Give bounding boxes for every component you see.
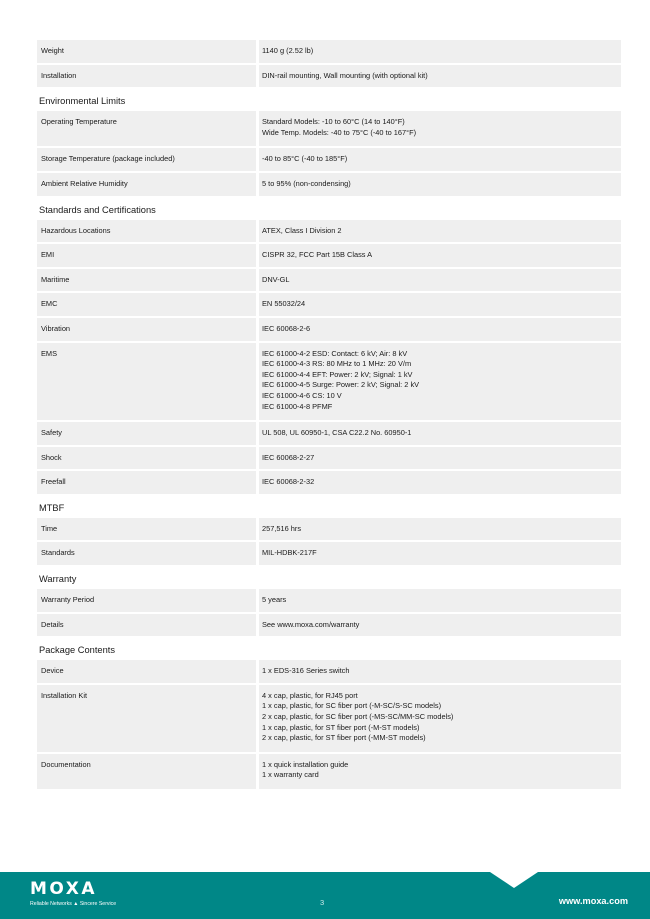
- spec-label: EMI: [37, 244, 256, 267]
- spec-value-line: 1 x EDS-316 Series switch: [262, 666, 621, 677]
- spec-value: DNV-GL: [259, 269, 621, 292]
- spec-row: Ambient Relative Humidity5 to 95% (non-c…: [37, 173, 621, 196]
- spec-label: Hazardous Locations: [37, 220, 256, 243]
- page-number: 3: [320, 898, 324, 907]
- spec-value-line: IEC 60068-2-6: [262, 324, 621, 335]
- spec-value-line: UL 508, UL 60950-1, CSA C22.2 No. 60950-…: [262, 428, 621, 439]
- spec-value: 5 to 95% (non-condensing): [259, 173, 621, 196]
- spec-label: Operating Temperature: [37, 111, 256, 146]
- spec-label: Weight: [37, 40, 256, 63]
- spec-row: Storage Temperature (package included)-4…: [37, 148, 621, 171]
- spec-value: 4 x cap, plastic, for RJ45 port1 x cap, …: [259, 685, 621, 752]
- spec-value-line: 2 x cap, plastic, for SC fiber port (-MS…: [262, 712, 621, 723]
- spec-value: 1 x EDS-316 Series switch: [259, 660, 621, 683]
- spec-value-line: -40 to 85°C (-40 to 185°F): [262, 154, 621, 165]
- spec-row: InstallationDIN-rail mounting, Wall moun…: [37, 65, 621, 88]
- spec-value: IEC 60068-2-27: [259, 447, 621, 470]
- spec-label: EMC: [37, 293, 256, 316]
- spec-value: IEC 61000-4-2 ESD: Contact: 6 kV; Air: 8…: [259, 343, 621, 421]
- spec-value-line: 4 x cap, plastic, for RJ45 port: [262, 691, 621, 702]
- spec-label: Installation Kit: [37, 685, 256, 752]
- spec-value-line: See www.moxa.com/warranty: [262, 620, 621, 631]
- spec-row: MaritimeDNV-GL: [37, 269, 621, 292]
- spec-value: 5 years: [259, 589, 621, 612]
- spec-value-line: 257,516 hrs: [262, 524, 621, 535]
- spec-label: Storage Temperature (package included): [37, 148, 256, 171]
- spec-row: FreefallIEC 60068-2-32: [37, 471, 621, 494]
- spec-label: Installation: [37, 65, 256, 88]
- spec-value-line: IEC 61000-4-5 Surge: Power: 2 kV; Signal…: [262, 380, 621, 391]
- spec-value-line: IEC 61000-4-2 ESD: Contact: 6 kV; Air: 8…: [262, 349, 621, 360]
- section-heading: Standards and Certifications: [37, 198, 621, 220]
- spec-value: IEC 60068-2-32: [259, 471, 621, 494]
- spec-row: ShockIEC 60068-2-27: [37, 447, 621, 470]
- spec-label: Documentation: [37, 754, 256, 789]
- spec-row: SafetyUL 508, UL 60950-1, CSA C22.2 No. …: [37, 422, 621, 445]
- spec-value: 1140 g (2.52 lb): [259, 40, 621, 63]
- spec-table: Weight1140 g (2.52 lb)InstallationDIN-ra…: [37, 40, 621, 791]
- spec-value: ATEX, Class I Division 2: [259, 220, 621, 243]
- section-heading: MTBF: [37, 496, 621, 518]
- spec-row: Device1 x EDS-316 Series switch: [37, 660, 621, 683]
- spec-row: Installation Kit4 x cap, plastic, for RJ…: [37, 685, 621, 752]
- spec-value: 257,516 hrs: [259, 518, 621, 541]
- spec-value-line: DNV-GL: [262, 275, 621, 286]
- spec-value: EN 55032/24: [259, 293, 621, 316]
- spec-row: Time257,516 hrs: [37, 518, 621, 541]
- spec-value-line: 1140 g (2.52 lb): [262, 46, 621, 57]
- spec-row: Hazardous LocationsATEX, Class I Divisio…: [37, 220, 621, 243]
- spec-row: Weight1140 g (2.52 lb): [37, 40, 621, 63]
- spec-value-line: MIL-HDBK-217F: [262, 548, 621, 559]
- spec-value-line: 5 years: [262, 595, 621, 606]
- spec-value-line: IEC 61000-4-4 EFT: Power: 2 kV; Signal: …: [262, 370, 621, 381]
- spec-value-line: DIN-rail mounting, Wall mounting (with o…: [262, 71, 621, 82]
- spec-row: EMICISPR 32, FCC Part 15B Class A: [37, 244, 621, 267]
- spec-value-line: ATEX, Class I Division 2: [262, 226, 621, 237]
- spec-label: Ambient Relative Humidity: [37, 173, 256, 196]
- spec-row: StandardsMIL-HDBK-217F: [37, 542, 621, 565]
- spec-value-line: IEC 61000-4-8 PFMF: [262, 402, 621, 413]
- spec-label: Standards: [37, 542, 256, 565]
- spec-value: See www.moxa.com/warranty: [259, 614, 621, 637]
- spec-value: Standard Models: -10 to 60°C (14 to 140°…: [259, 111, 621, 146]
- spec-row: EMCEN 55032/24: [37, 293, 621, 316]
- spec-value-line: CISPR 32, FCC Part 15B Class A: [262, 250, 621, 261]
- spec-value: CISPR 32, FCC Part 15B Class A: [259, 244, 621, 267]
- spec-label: Details: [37, 614, 256, 637]
- section-heading: Warranty: [37, 567, 621, 589]
- spec-value: MIL-HDBK-217F: [259, 542, 621, 565]
- spec-label: Shock: [37, 447, 256, 470]
- moxa-logo: MOXA Reliable Networks ▲ Sincere Service: [30, 881, 150, 911]
- spec-value: -40 to 85°C (-40 to 185°F): [259, 148, 621, 171]
- spec-row: DetailsSee www.moxa.com/warranty: [37, 614, 621, 637]
- spec-value-line: 2 x cap, plastic, for ST fiber port (-MM…: [262, 733, 621, 744]
- spec-value-line: 5 to 95% (non-condensing): [262, 179, 621, 190]
- logo-wordmark: MOXA: [30, 881, 150, 898]
- spec-value-line: 1 x cap, plastic, for ST fiber port (-M-…: [262, 723, 621, 734]
- spec-value-line: IEC 60068-2-32: [262, 477, 621, 488]
- spec-row: Operating TemperatureStandard Models: -1…: [37, 111, 621, 146]
- spec-label: Maritime: [37, 269, 256, 292]
- spec-row: Documentation1 x quick installation guid…: [37, 754, 621, 789]
- spec-value-line: EN 55032/24: [262, 299, 621, 310]
- spec-value: UL 508, UL 60950-1, CSA C22.2 No. 60950-…: [259, 422, 621, 445]
- spec-label: EMS: [37, 343, 256, 421]
- spec-value: 1 x quick installation guide1 x warranty…: [259, 754, 621, 789]
- spec-value: IEC 60068-2-6: [259, 318, 621, 341]
- footer-notch-decoration: [490, 872, 538, 888]
- spec-label: Device: [37, 660, 256, 683]
- spec-value-line: IEC 61000-4-3 RS: 80 MHz to 1 MHz: 20 V/…: [262, 359, 621, 370]
- spec-value-line: Standard Models: -10 to 60°C (14 to 140°…: [262, 117, 621, 128]
- spec-value-line: Wide Temp. Models: -40 to 75°C (-40 to 1…: [262, 128, 621, 139]
- section-heading: Environmental Limits: [37, 89, 621, 111]
- spec-value-line: 1 x quick installation guide: [262, 760, 621, 771]
- spec-label: Vibration: [37, 318, 256, 341]
- spec-value-line: 1 x cap, plastic, for SC fiber port (-M-…: [262, 701, 621, 712]
- spec-value-line: 1 x warranty card: [262, 770, 621, 781]
- website-link[interactable]: www.moxa.com: [559, 896, 628, 906]
- spec-value-line: IEC 60068-2-27: [262, 453, 621, 464]
- spec-label: Time: [37, 518, 256, 541]
- spec-row: EMSIEC 61000-4-2 ESD: Contact: 6 kV; Air…: [37, 343, 621, 421]
- spec-label: Freefall: [37, 471, 256, 494]
- spec-row: VibrationIEC 60068-2-6: [37, 318, 621, 341]
- spec-label: Warranty Period: [37, 589, 256, 612]
- spec-value-line: IEC 61000-4-6 CS: 10 V: [262, 391, 621, 402]
- section-heading: Package Contents: [37, 638, 621, 660]
- spec-value: DIN-rail mounting, Wall mounting (with o…: [259, 65, 621, 88]
- logo-tagline: Reliable Networks ▲ Sincere Service: [30, 901, 150, 907]
- spec-label: Safety: [37, 422, 256, 445]
- spec-row: Warranty Period5 years: [37, 589, 621, 612]
